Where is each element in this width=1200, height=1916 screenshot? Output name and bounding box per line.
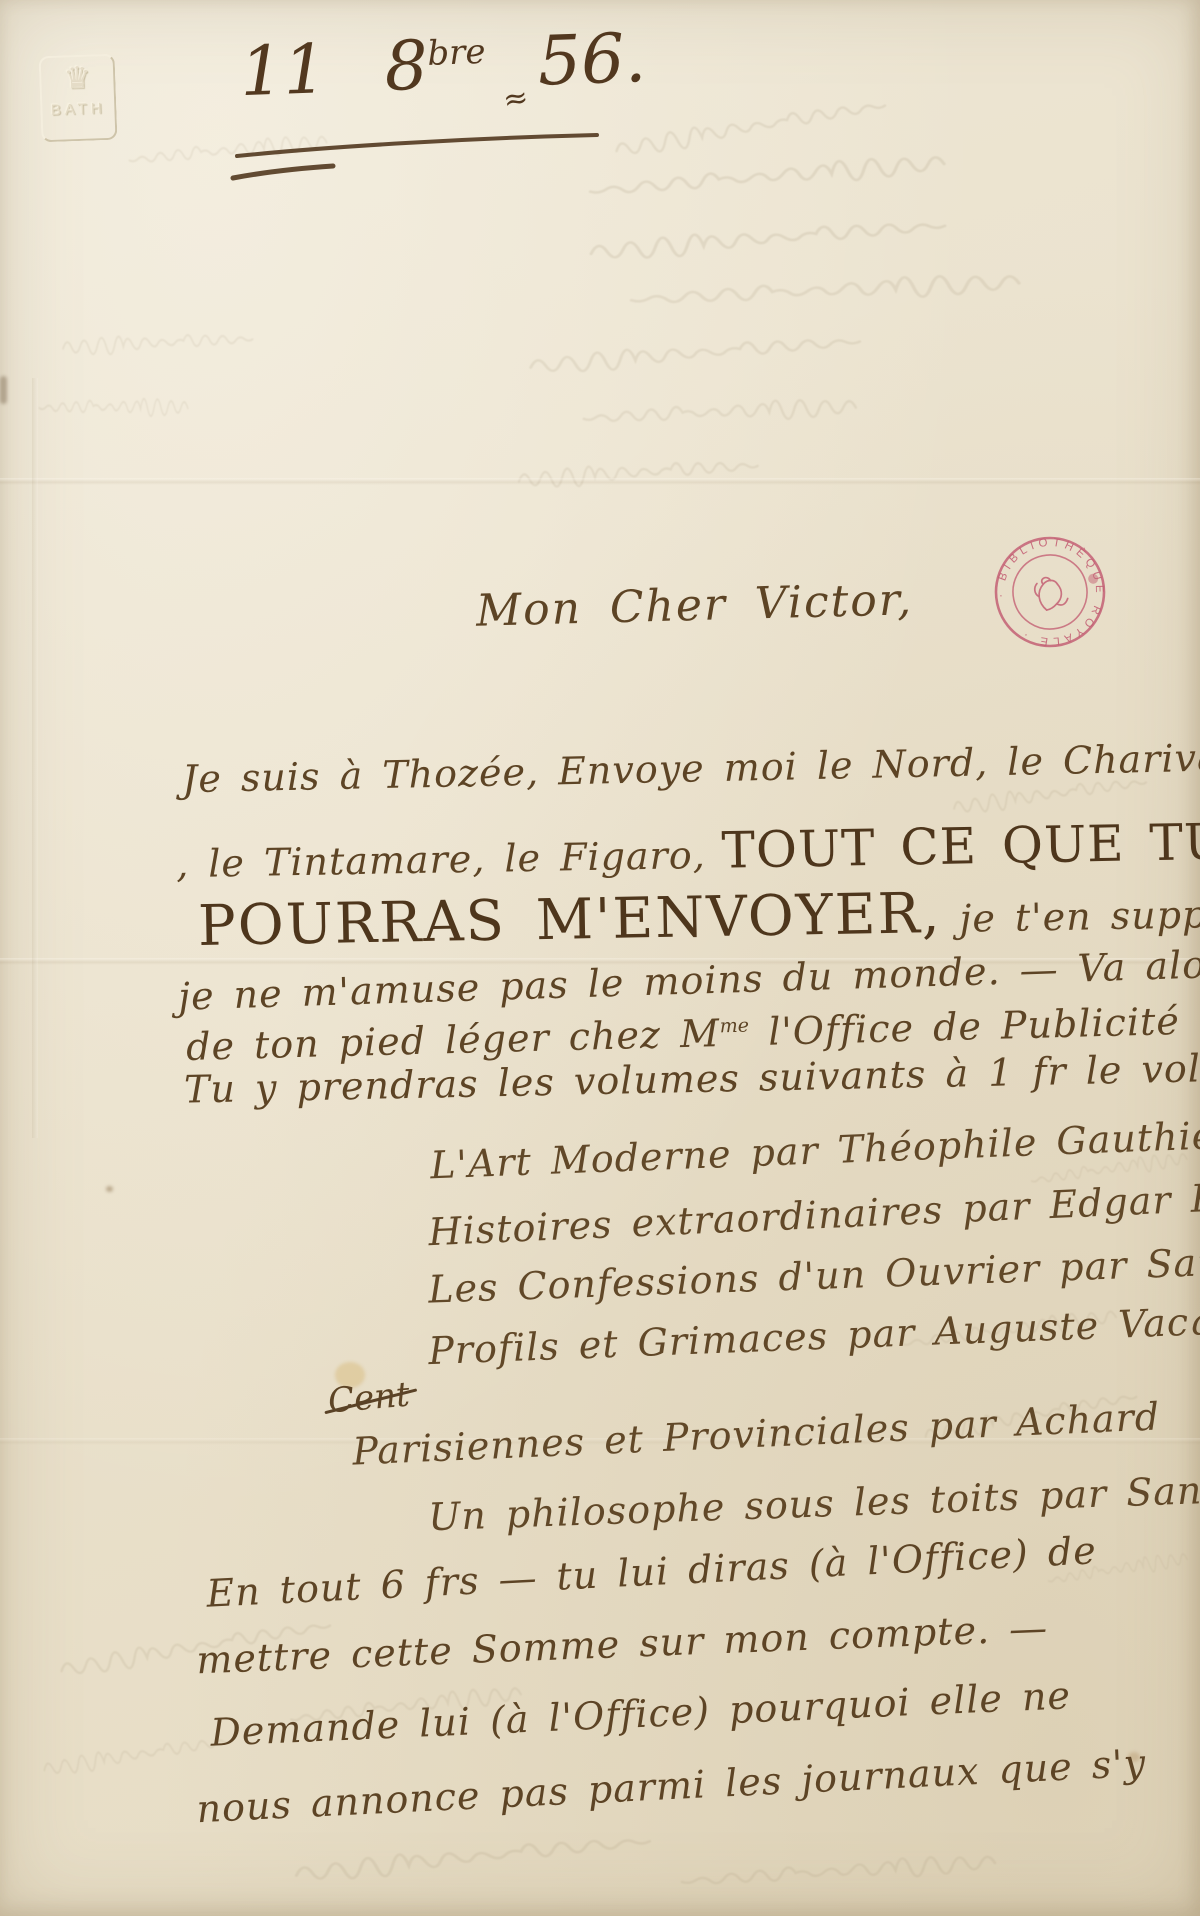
date-month-suffix: bre [427, 32, 487, 74]
paper-stain [106, 1186, 113, 1192]
bleedthrough-ink [60, 326, 291, 358]
bleedthrough-ink [620, 1847, 1001, 1899]
book-list-item: L'Art Moderne par Théophile Gauthier [429, 1113, 1200, 1188]
book-list-item: Parisiennes et Provinciales par Achard [351, 1394, 1161, 1473]
library-stamp: · BIBLIOTHÈQUE ROYALE · [979, 521, 1121, 663]
date-underline-flourish [225, 116, 615, 190]
embossed-paper-stamp: ♛ BATH [39, 54, 118, 143]
date-day: 11 [239, 30, 328, 112]
crown-icon: ♛ [41, 56, 114, 102]
closing-line: mettre cette Somme sur mon compte. — [195, 1606, 1048, 1683]
book-list-item: Histoires extraordinaires par Edgar Poe [427, 1174, 1200, 1254]
date-month: 8 [383, 27, 429, 107]
embossed-stamp-label: BATH [42, 100, 115, 120]
bleedthrough-ink [525, 324, 926, 378]
bleedthrough-ink [530, 391, 861, 434]
paper-crease-horizontal [0, 478, 1200, 485]
date-year: 56. [537, 19, 648, 102]
bleedthrough-ink [585, 207, 1016, 265]
salutation: Mon Cher Victor, [475, 574, 913, 636]
body-line: POURRAS M'ENVOYER, je t'en supplie car [198, 874, 1200, 959]
body-line: , le Tintamare, le Figaro, TOUT CE QUE T… [176, 813, 1200, 889]
body-line: Je suis à Thozée, Envoye moi le Nord, le… [182, 735, 1200, 801]
closing-line: En tout 6 frs — tu lui diras (à l'Office… [205, 1528, 1097, 1615]
letter-page: ♛ BATH 118bre56. ≈ · BIBLIOTHÈQUE ROYALE… [0, 0, 1200, 1916]
bleedthrough-ink [515, 450, 806, 491]
lion-emblem [1033, 574, 1070, 612]
bleedthrough-ink [610, 84, 940, 161]
paper-crease-vertical [32, 378, 38, 1138]
body-line5-text: l'Office de Publicité [749, 999, 1181, 1054]
paper-stain [0, 376, 7, 404]
date-abbreviation-mark: ≈ [500, 80, 531, 119]
library-stamp-ring-text: · BIBLIOTHÈQUE ROYALE · [985, 526, 1116, 657]
closing-line: Demande lui (à l'Office) pourquoi elle n… [209, 1673, 1071, 1755]
body-line5-superscript: me [719, 1015, 749, 1038]
closing-line: nous annonce pas parmi les journaux que … [195, 1741, 1147, 1831]
crossed-out-word: Cent [326, 1375, 411, 1422]
bleedthrough-ink [555, 266, 1026, 319]
body-line3-caps: POURRAS M'ENVOYER, [198, 881, 943, 959]
date-heading: 118bre56. ≈ [239, 19, 648, 112]
body-line2-caps: TOUT CE QUE TU [721, 813, 1200, 880]
bleedthrough-ink [290, 1821, 721, 1886]
body-line2-script: , le Tintamare, le Figaro, [176, 833, 706, 886]
body-line3-script: je t'en supplie car [959, 890, 1200, 941]
